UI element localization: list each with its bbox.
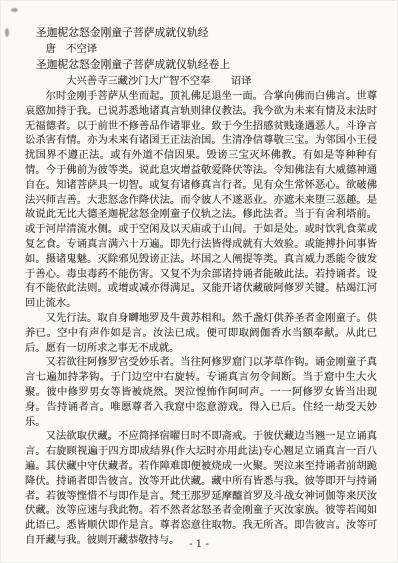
volume-heading: 圣迦柅忿怒金刚童子菩萨成就仪轨经卷上 [25,57,377,73]
body-paragraph-2: 又先行法。取自身嚩地罗及牛黄苏相和。然千盏灯供养圣者金刚童子。供养已。空中有声作… [25,311,377,355]
page-number: - 1 - [1,539,397,550]
sutra-title: 圣迦柅忿怒金刚童子菩萨成就仪轨经 [25,25,377,41]
attribution-line: 大兴善寺三藏沙门大广智不空奉 诏译 [25,73,377,89]
body-paragraph-3: 又若欲往阿修罗宫受妙乐者。当往阿修罗窟门以茅草作钩。诵金刚童子真言七遍加持茅钩。… [25,355,377,429]
scan-speck [11,8,18,12]
body-paragraph-4: 又法欲取伏藏。不应简择宿曜日时不即斋戒。于彼伏藏边当翘一足立诵真言。右旋顾视遍于… [25,429,377,547]
text-content: 圣迦柅忿怒金刚童子菩萨成就仪轨经 唐 不空译 圣迦柅忿怒金刚童子菩萨成就仪轨经卷… [25,25,377,548]
scan-speck [5,28,9,37]
heading-block: 圣迦柅忿怒金刚童子菩萨成就仪轨经 唐 不空译 圣迦柅忿怒金刚童子菩萨成就仪轨经卷… [25,25,377,89]
translator-line: 唐 不空译 [25,41,377,57]
scanned-sutra-page: 圣迦柅忿怒金刚童子菩萨成就仪轨经 唐 不空译 圣迦柅忿怒金刚童子菩萨成就仪轨经卷… [0,0,398,563]
body-paragraph-1: 尔时金刚手菩萨从坐而起。顶礼佛足退坐一面。合掌向佛而白佛言。世尊哀愍加持于我。已… [25,89,377,311]
